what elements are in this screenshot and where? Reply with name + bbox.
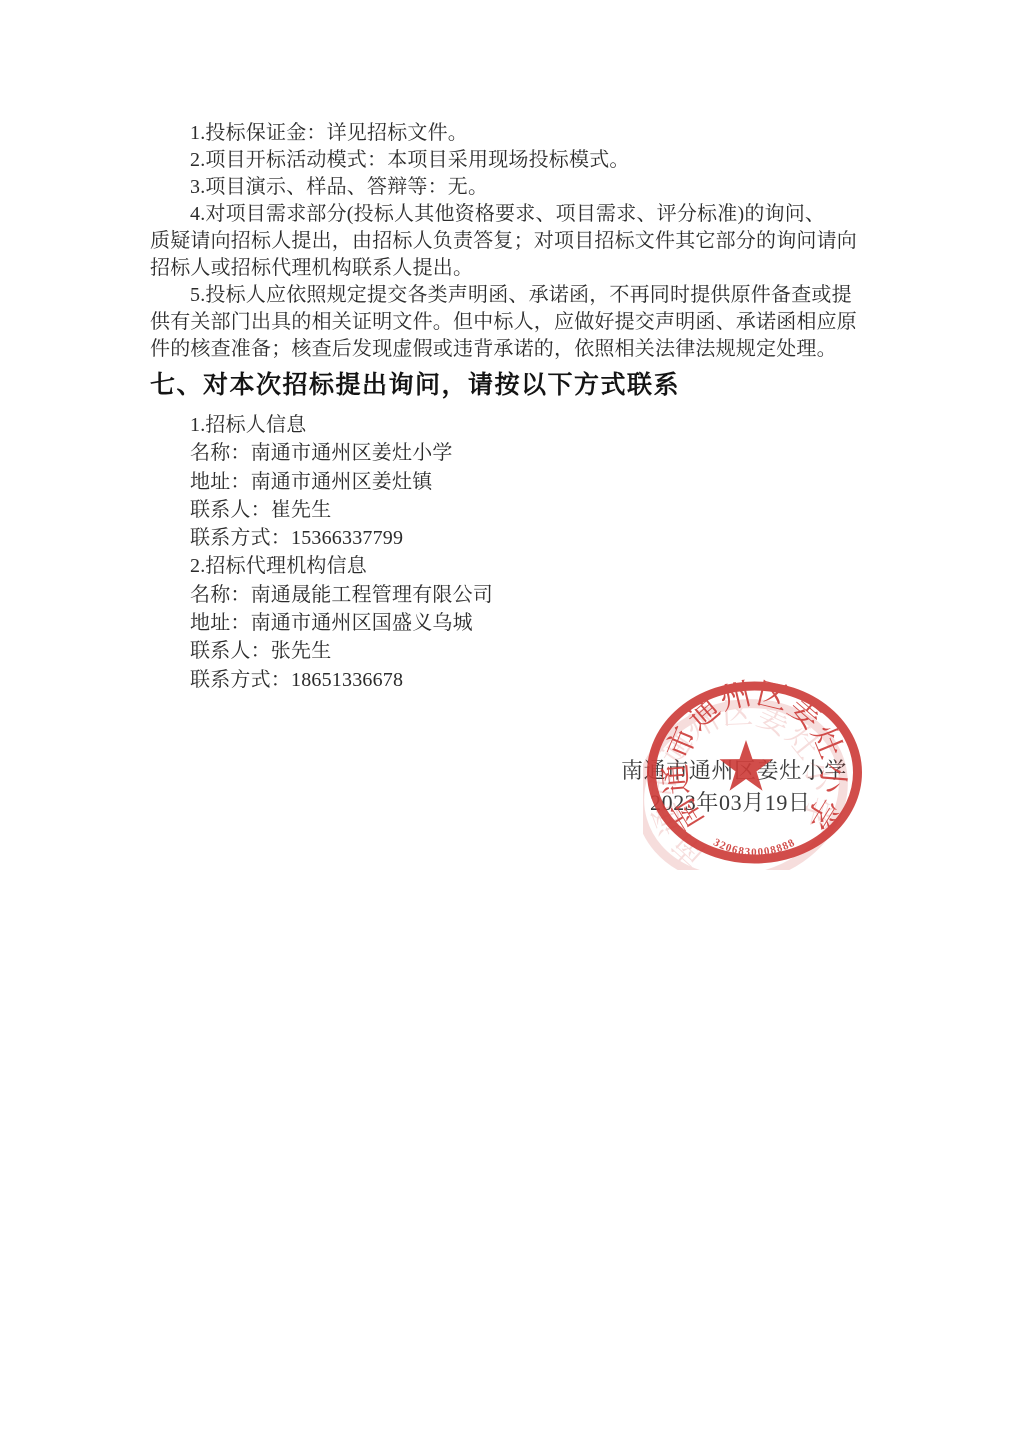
- document-page: 1.投标保证金：详见招标文件。2.项目开标活动模式：本项目采用现场投标模式。3.…: [0, 0, 1024, 1449]
- text-line: 联系方式：18651336678: [190, 666, 493, 694]
- text-line: 2.项目开标活动模式：本项目采用现场投标模式。: [150, 147, 880, 174]
- text-line: 联系人：张先生: [190, 637, 493, 665]
- signature-org-name: 南通市通州区姜灶小学: [621, 757, 847, 785]
- text-line: 4.对项目需求部分(投标人其他资格要求、项目需求、评分标准)的询问、: [150, 201, 880, 228]
- terms-section: 1.投标保证金：详见招标文件。2.项目开标活动模式：本项目采用现场投标模式。3.…: [150, 120, 880, 363]
- text-line: 招标人或招标代理机构联系人提出。: [150, 255, 880, 282]
- svg-text:3206830008888: 3206830008888: [711, 836, 797, 858]
- text-line: 3.项目演示、样品、答辩等：无。: [150, 174, 880, 201]
- text-line: 地址：南通市通州区姜灶镇: [190, 468, 493, 496]
- text-line: 名称：南通晟能工程管理有限公司: [190, 581, 493, 609]
- text-line: 联系人：崔先生: [190, 496, 493, 524]
- text-line: 质疑请向招标人提出，由招标人负责答复；对项目招标文件其它部分的询问请向: [150, 228, 880, 255]
- signature-date: 2023年03月19日: [650, 789, 811, 817]
- contact-section: 1.招标人信息名称：南通市通州区姜灶小学地址：南通市通州区姜灶镇联系人：崔先生联…: [190, 411, 493, 694]
- text-line: 地址：南通市通州区国盛义乌城: [190, 609, 493, 637]
- text-line: 2.招标代理机构信息: [190, 552, 493, 580]
- text-line: 供有关部门出具的相关证明文件。但中标人，应做好提交声明函、承诺函相应原: [150, 309, 880, 336]
- seal-serial-number: 3206830008888: [711, 836, 797, 858]
- section-heading: 七、对本次招标提出询问，请按以下方式联系: [150, 369, 680, 401]
- text-line: 1.投标保证金：详见招标文件。: [150, 120, 880, 147]
- text-line: 5.投标人应依照规定提交各类声明函、承诺函，不再同时提供原件备查或提: [150, 282, 880, 309]
- text-line: 件的核查准备；核查后发现虚假或违背承诺的，依照相关法律法规规定处理。: [150, 336, 880, 363]
- text-line: 1.招标人信息: [190, 411, 493, 439]
- text-line: 联系方式：15366337799: [190, 524, 493, 552]
- text-line: 名称：南通市通州区姜灶小学: [190, 439, 493, 467]
